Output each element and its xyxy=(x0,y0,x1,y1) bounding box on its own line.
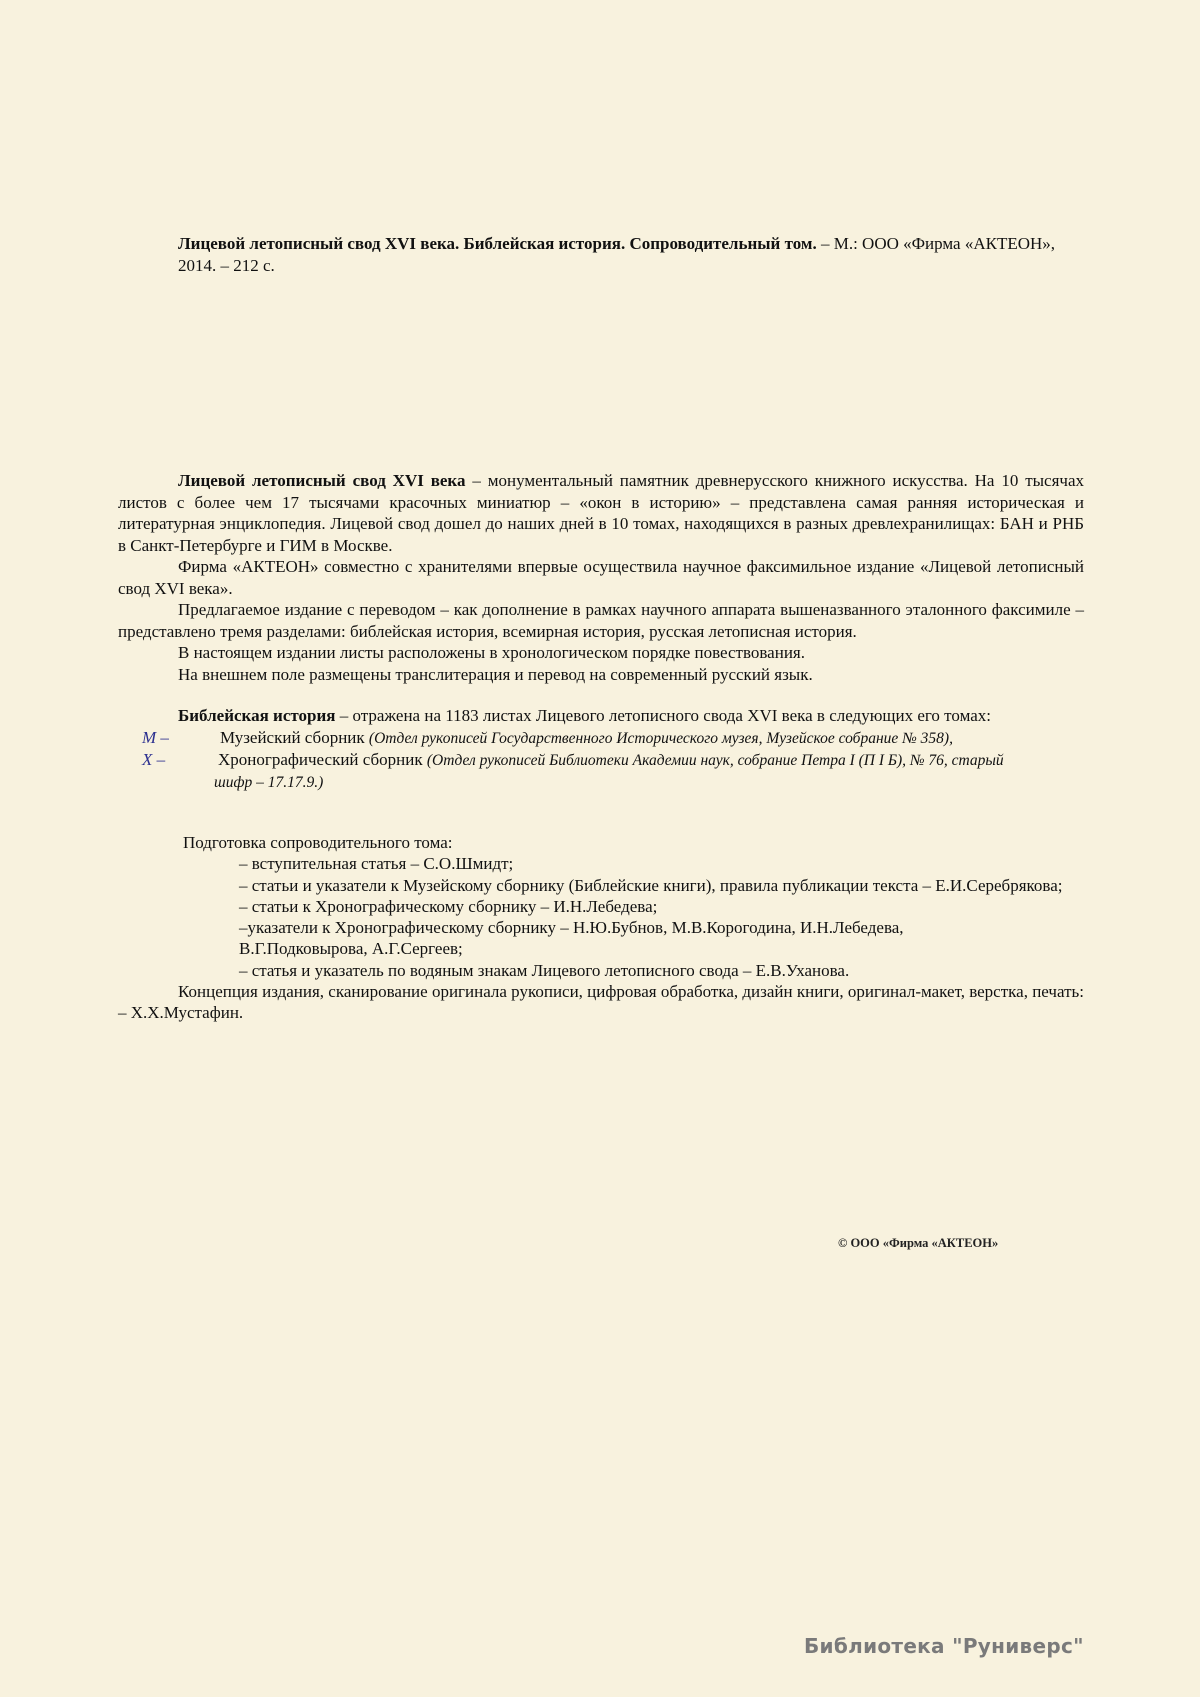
credit-item: – статьи и указатели к Музейскому сборни… xyxy=(239,875,1084,896)
volume-key-letter: Х xyxy=(142,750,152,769)
bibliographic-title: Лицевой летописный свод XVI века. Библей… xyxy=(178,234,817,253)
volume-description: Музейский сборник (Отдел рукописей Госуд… xyxy=(208,727,1084,750)
credit-item: – вступительная статья – С.О.Шмидт; xyxy=(239,853,1084,874)
biblical-history-section: Библейская история – отражена на 1183 ли… xyxy=(118,705,1084,793)
volume-description: Хронографический сборник (Отдел рукописе… xyxy=(208,749,1084,772)
copyright-notice: © ООО «Фирма «АКТЕОН» xyxy=(838,1236,998,1251)
volume-key: М – xyxy=(118,727,208,749)
preparation-credits: Подготовка сопроводительного тома: – вст… xyxy=(118,832,1084,1024)
description-section: Лицевой летописный свод XVI века – монум… xyxy=(118,470,1084,685)
volume-source: (Отдел рукописей Библиотеки Академии нау… xyxy=(427,752,1004,769)
volume-item-museum: М – Музейский сборник (Отдел рукописей Г… xyxy=(118,727,1084,750)
biblical-history-text: – отражена на 1183 листах Лицевого летоп… xyxy=(335,706,991,725)
description-paragraph-4: В настоящем издании листы расположены в … xyxy=(118,642,1084,664)
credit-item: – статьи к Хронографическому сборнику – … xyxy=(239,896,1084,917)
volume-key: Х – xyxy=(118,749,208,771)
volume-key-letter: М xyxy=(142,728,156,747)
volume-source-continuation: шифр – 17.17.9.) xyxy=(118,772,1084,794)
library-watermark: Библиотека "Руниверс" xyxy=(804,1634,1084,1658)
volume-name: Хронографический сборник xyxy=(218,750,427,769)
volume-name: Музейский сборник xyxy=(220,728,369,747)
description-paragraph-1: Лицевой летописный свод XVI века – монум… xyxy=(118,470,1084,556)
credit-item: – статья и указатель по водяным знакам Л… xyxy=(239,960,1084,981)
volume-item-chronograph: Х – Хронографический сборник (Отдел руко… xyxy=(118,749,1084,772)
document-page: { "bibliography": { "title_bold": "Лицев… xyxy=(0,0,1200,1697)
credit-item: В.Г.Подковырова, А.Г.Сергеев; xyxy=(239,938,1084,959)
concept-credit: Концепция издания, сканирование оригинал… xyxy=(118,981,1084,1024)
volume-key-dash: – xyxy=(156,728,169,747)
description-paragraph-5: На внешнем поле размещены транслитерация… xyxy=(118,664,1084,686)
biblical-history-lead: Библейская история – отражена на 1183 ли… xyxy=(118,705,1084,727)
description-paragraph-2: Фирма «АКТЕОН» совместно с хранителями в… xyxy=(118,556,1084,599)
volume-source: (Отдел рукописей Государственного Истори… xyxy=(369,730,953,747)
bibliographic-record: Лицевой летописный свод XVI века. Библей… xyxy=(178,233,1083,277)
biblical-history-heading: Библейская история xyxy=(178,706,335,725)
description-lead-bold: Лицевой летописный свод XVI века xyxy=(178,471,465,490)
preparation-title: Подготовка сопроводительного тома: xyxy=(183,832,1084,853)
description-paragraph-3: Предлагаемое издание с переводом – как д… xyxy=(118,599,1084,642)
volume-key-dash: – xyxy=(152,750,165,769)
credit-item: –указатели к Хронографическому сборнику … xyxy=(239,917,1084,938)
